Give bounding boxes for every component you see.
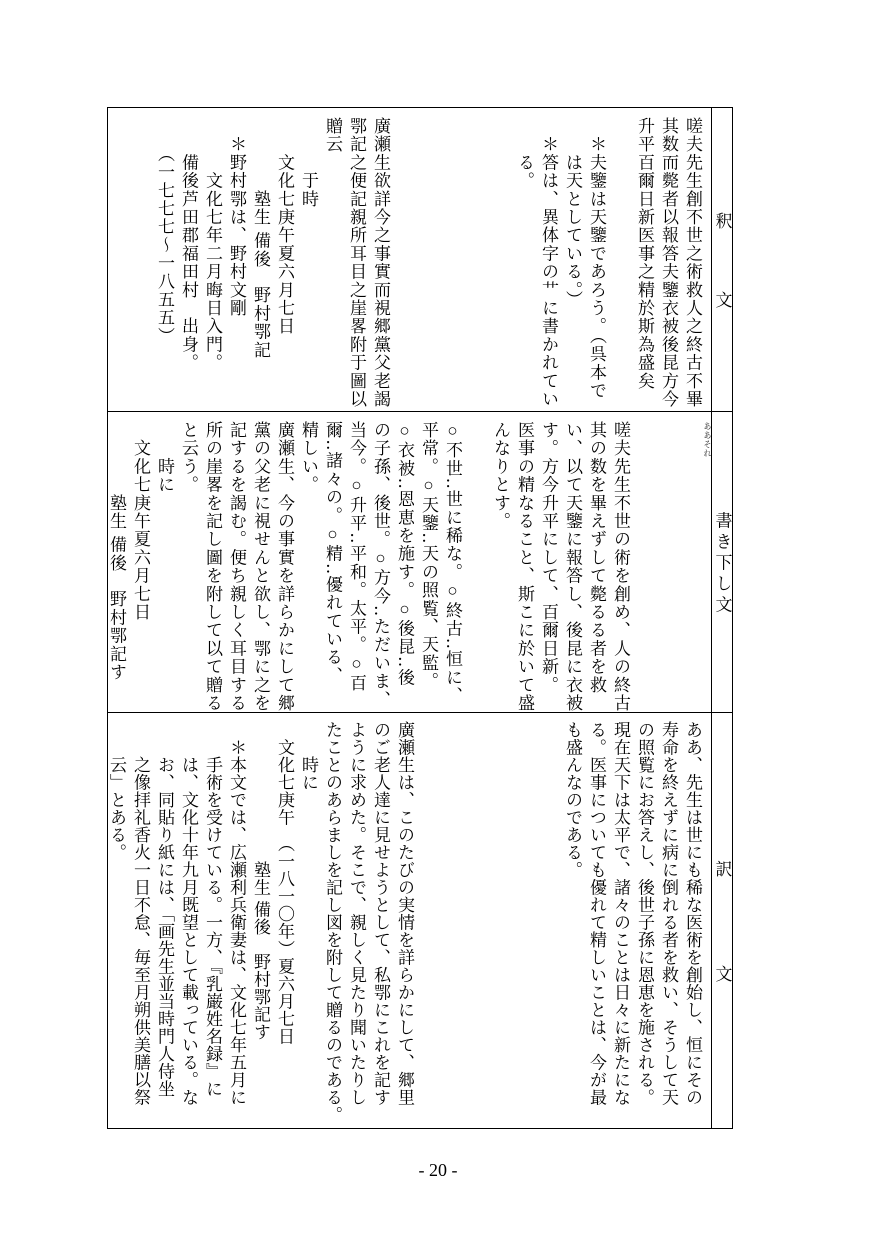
text-column [440,721,464,1128]
text-column: 之像拝礼香火一日不怠、毎至月朔供美膳以祭 [128,721,152,1128]
section-label: 訳文 [712,860,733,1070]
section-kakikudashi: ああそれ 嗟夫先生不世の術を創め、人の終古其の数を畢えずして斃るる者を救い、以て… [108,411,732,712]
text-column: 廣瀬生、今の事實を詳らかにして郷 [272,421,296,712]
text-column: 其の数を畢えずして斃るる者を救 [584,421,608,712]
text-column: 精しい。 [296,421,320,712]
text-column: 塾生 備後 野村鄂記す [248,721,272,1128]
text-column: 升平百爾日新医事之精於斯為盛矣 [632,117,656,411]
text-column: 文化七庚午 （一八一〇年）夏六月七日 [272,721,296,1128]
text-column: 其数而斃者以報答夫鑒衣被後昆方今 [656,117,680,411]
text-column: は、文化十年九月既望として載っている。な [176,721,200,1128]
text-column [488,721,512,1128]
text-column: 爾‥諸々の。○精‥優れている、 [320,421,344,712]
text-column: 贈云 [320,117,344,411]
text-column: 記するを謁む。便ち親しく耳目する [224,421,248,712]
text-column: 黨の父老に視せんと欲し、鄂に之を [248,421,272,712]
text-column: 所の崖畧を記し圖を附して以て贈る [200,421,224,712]
text-column: 医事の精なること、斯こに於いて盛 [512,421,536,712]
text-column: す。方今升平にして、百爾日新。 [536,421,560,712]
text-column: の照覧にお答えし、後世子孫に恩恵を施される。 [632,721,656,1128]
text-column: 廣瀬生は、このたびの実情を詳らかにして、郷里 [392,721,416,1128]
text-column: る。医事についても優れて精しいことは、今が最 [584,721,608,1128]
text-column: の子孫、後世。○方今‥ただいま、 [368,421,392,712]
text-column: 文化七年二月晦日入門。 [200,117,224,411]
text-column: ように求めた。そこで、親しく見たり聞いたりし [344,721,368,1128]
text-column: 廣瀬生欲詳今之事實而視郷黨父老謁 [368,117,392,411]
text-column [416,721,440,1128]
text-column: 寿命を終えずに病に倒れる者を救い、そうして天 [656,721,680,1128]
text-column: 嗟夫先生不世の術を創め、人の終古 [608,421,632,712]
text-column: 塾生 備後 野村鄂記 [248,117,272,411]
text-column [392,117,416,411]
text-column: は天としている。） [560,117,584,411]
text-column: ＊答は、異体字の艹に書かれてい [536,117,560,411]
text-column: い、以て天鑒に報答し、後昆に衣被 [560,421,584,712]
text-column: 于時 [296,117,320,411]
section-label: 書き下し文 [712,512,733,617]
text-column: んなりとす。 [488,421,512,712]
kanbun-table: 嗟夫先生創不世之術救人之終古不畢其数而斃者以報答夫鑒衣被後昆方今升平百爾日新医事… [107,107,733,1129]
text-column: 云」とある。 [108,721,128,1128]
shakubun-label-cell: 釈文 [711,108,732,411]
text-column: 嗟夫先生創不世之術救人之終古不畢 [680,117,704,411]
section-shakubun: 嗟夫先生創不世之術救人之終古不畢其数而斃者以報答夫鑒衣被後昆方今升平百爾日新医事… [108,108,732,411]
text-column: ああ、先生は世にも稀な医術を創始し、恒にその [680,721,704,1128]
text-column: 現在天下は太平で、諸々のことは日々に新たにな [608,721,632,1128]
text-column: 時に [296,721,320,1128]
text-column [608,117,632,411]
text-column: のご老人達に見せようとして、私鄂にこれを記す [368,721,392,1128]
text-column: ＊本文では、広瀬利兵衛妻は、文化七年五月に [224,721,248,1128]
text-column: 備後芦田郡福田村 出身。 [176,117,200,411]
text-column: も盛んなのである。 [560,721,584,1128]
page-number: - 20 - [0,1160,876,1181]
furigana: ああそれ [703,422,711,458]
text-column: る。 [512,117,536,411]
text-column [440,117,464,411]
yakubun-text: ああ、先生は世にも稀な医術を創始し、恒にその寿命を終えずに病に倒れる者を救い、そ… [108,713,711,1128]
text-column: ○不世‥世に稀な。○終古‥恒に、 [440,421,464,712]
text-column: 平常。○天鑒‥天の照覧、天監。 [416,421,440,712]
text-column [464,421,488,712]
text-column [512,721,536,1128]
kakikudashi-label-cell: 書き下し文 [711,412,732,712]
page: 嗟夫先生創不世之術救人之終古不畢其数而斃者以報答夫鑒衣被後昆方今升平百爾日新医事… [0,0,876,1239]
section-label: 釈文 [712,212,733,370]
kakikudashi-text: ああそれ 嗟夫先生不世の術を創め、人の終古其の数を畢えずして斃るる者を救い、以て… [108,412,711,712]
text-column: 鄂記之便記親所耳目之崖畧附于圖以 [344,117,368,411]
text-column: 手術を受けている。一方、『乳巌姓名録』に [200,721,224,1128]
section-yakubun: ああ、先生は世にも稀な医術を創始し、恒にその寿命を終えずに病に倒れる者を救い、そ… [108,712,732,1128]
text-column: 塾生 備後 野村鄂記す [108,421,128,712]
text-column: と云う。 [176,421,200,712]
text-column: ＊野村鄂は、野村文剛 [224,117,248,411]
shakubun-text: 嗟夫先生創不世之術救人之終古不畢其数而斃者以報答夫鑒衣被後昆方今升平百爾日新医事… [108,108,711,411]
text-column: 文化七庚午夏六月七日 [128,421,152,712]
yakubun-label-cell: 訳文 [711,713,732,1128]
text-column: （一七七七～一八五五） [152,117,176,411]
text-column [488,117,512,411]
text-column: 当今。○升平‥平和。太平。○百 [344,421,368,712]
text-column: 文化七庚午夏六月七日 [272,117,296,411]
text-column [464,721,488,1128]
text-column [464,117,488,411]
text-column: ○衣被‥恩恵を施す。○後昆‥後 [392,421,416,712]
text-column: お、同貼り紙には、「画先生並当時門人侍坐 [152,721,176,1128]
text-column: 時に [152,421,176,712]
text-column [416,117,440,411]
text-column [536,721,560,1128]
text-column: ＊夫鑒は天鑒であろう。（呉本で [584,117,608,411]
text-column: たことのあらましを記し図を附して贈るのである。 [320,721,344,1128]
